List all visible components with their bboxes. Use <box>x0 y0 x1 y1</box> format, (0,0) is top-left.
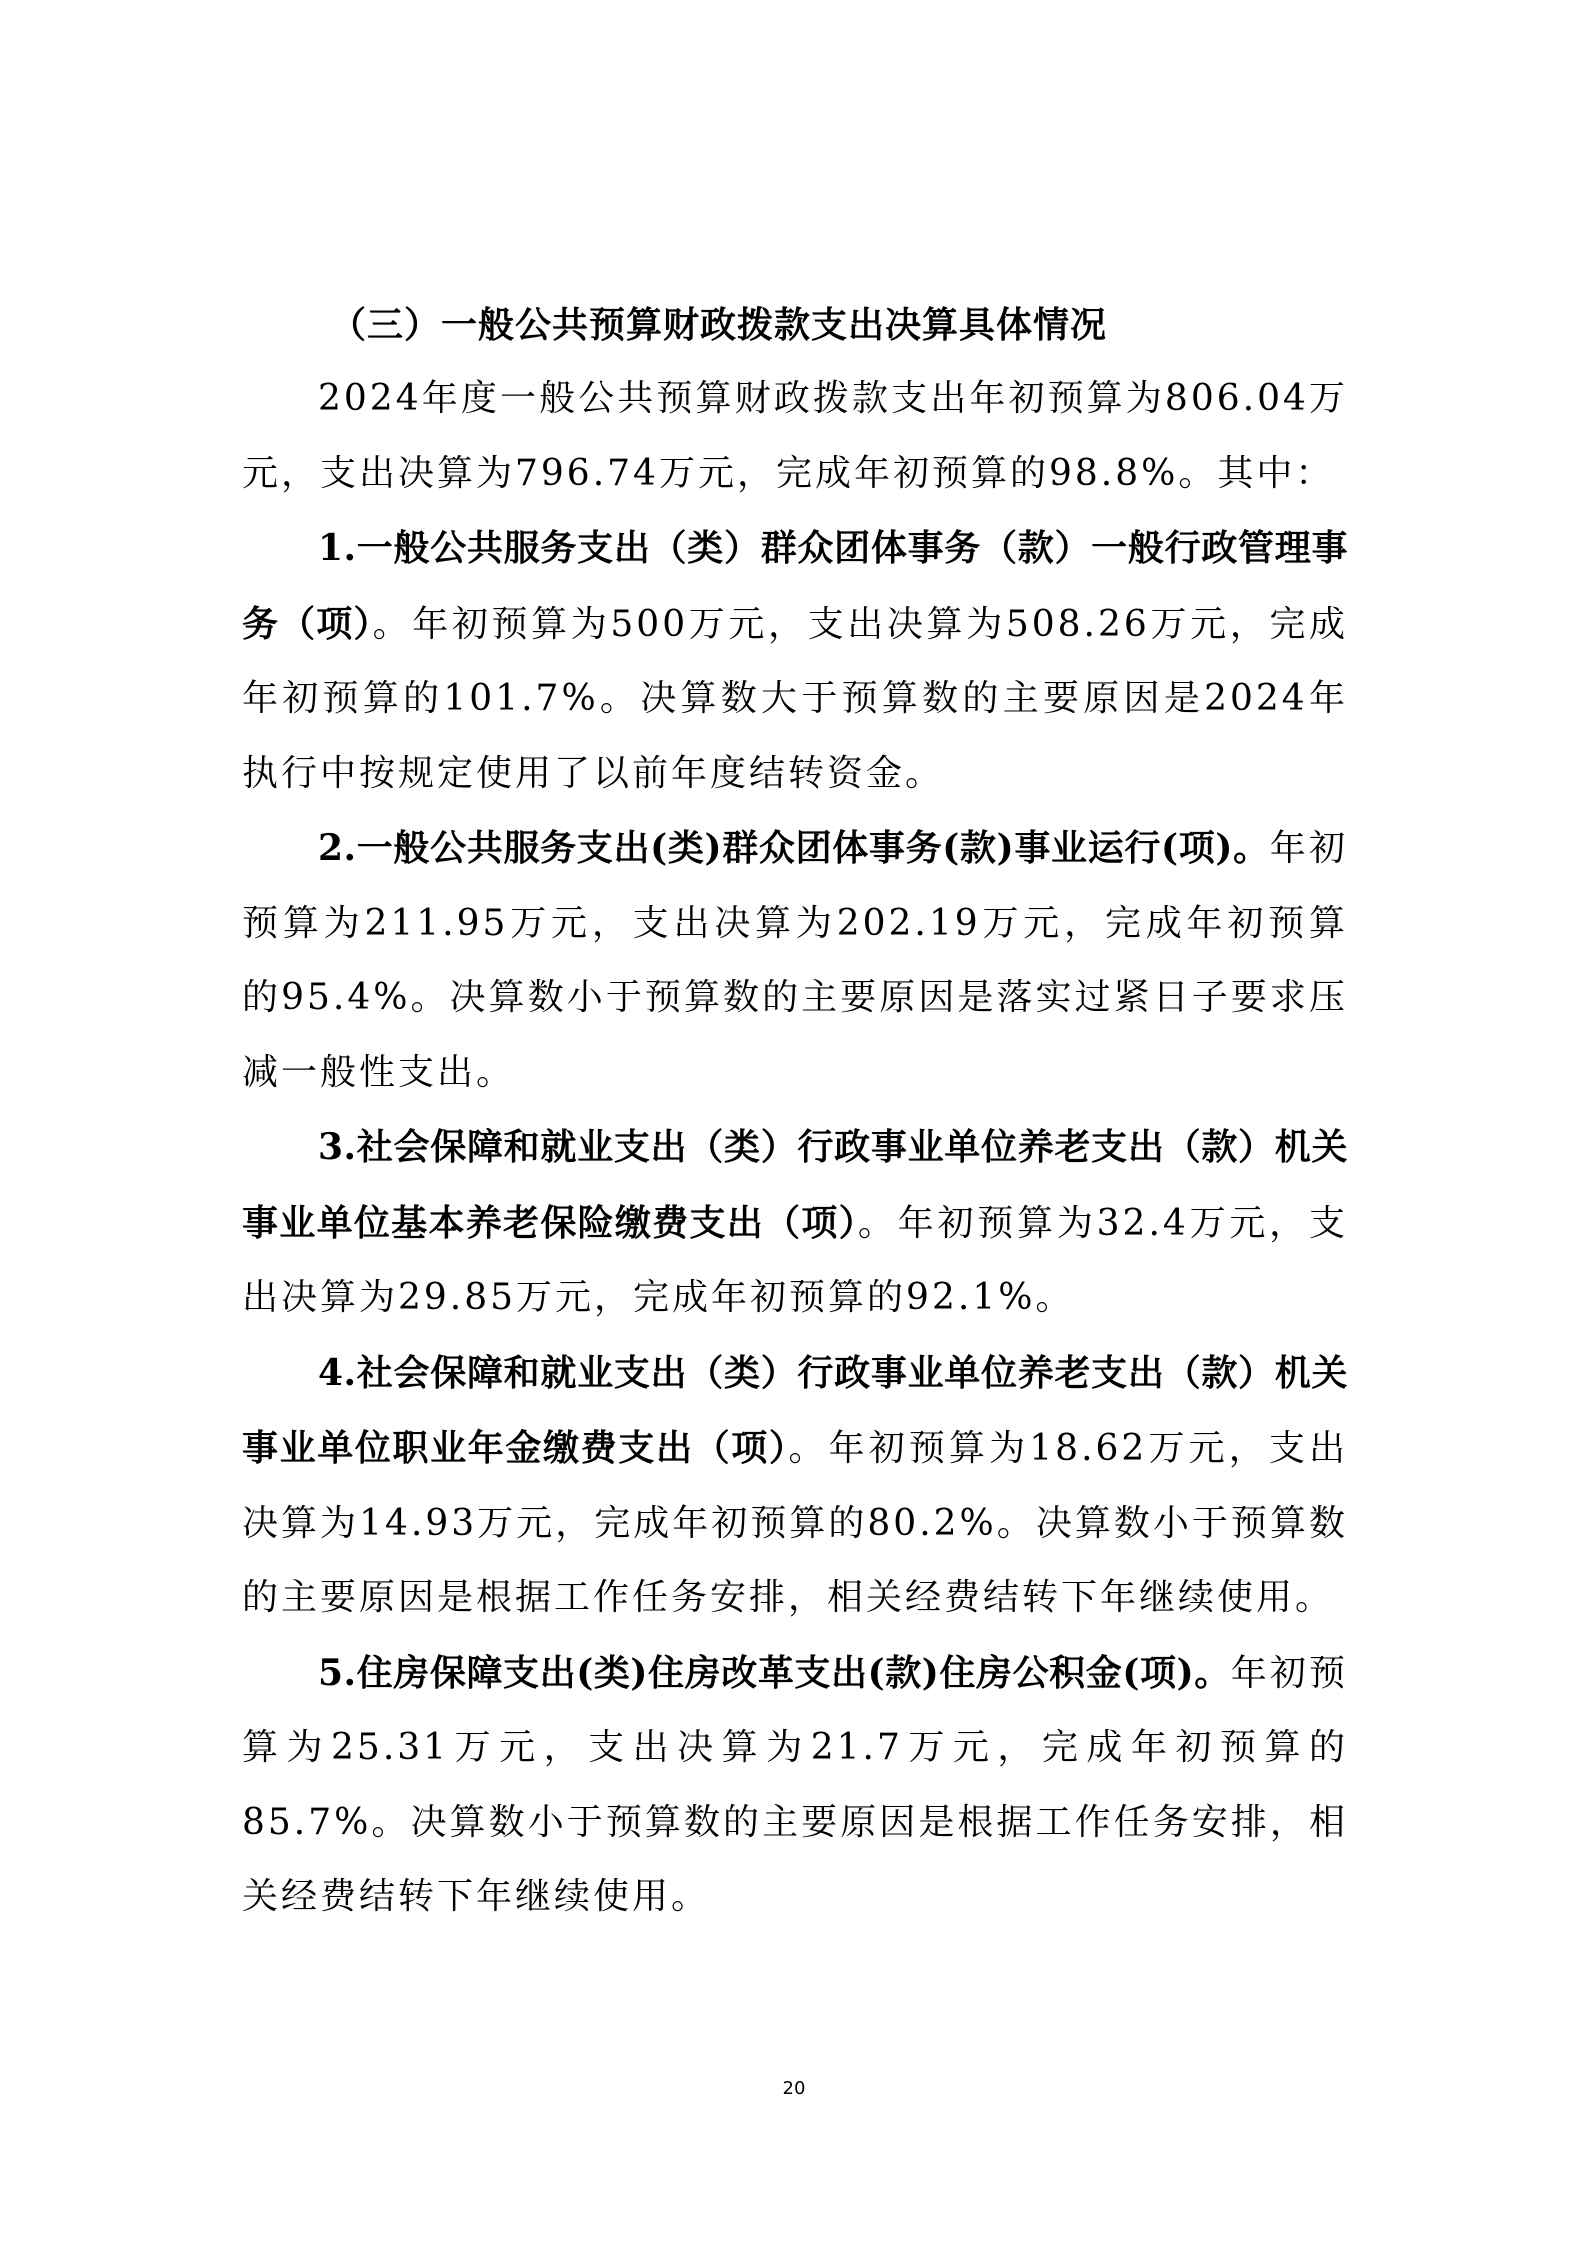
page-number: 20 <box>0 2078 1588 2099</box>
item-paragraph-1: 1.一般公共服务支出（类）群众团体事务（款）一般行政管理事务（项）。年初预算为5… <box>242 511 1348 811</box>
item-paragraph-4: 4.社会保障和就业支出（类）行政事业单位养老支出（款）机关事业单位职业年金缴费支… <box>242 1336 1348 1636</box>
item-paragraph-5: 5.住房保障支出(类)住房改革支出(款)住房公积金(项)。年初预算为25.31万… <box>242 1636 1348 1935</box>
item-title-2: 2.一般公共服务支出(类)群众团体事务(款)事业运行(项)。 <box>318 827 1270 869</box>
item-body-1: 。年初预算为500万元，支出决算为508.26万元，完成年初预算的101.7%。… <box>242 604 1348 794</box>
intro-paragraph: 2024年度一般公共预算财政拨款支出年初预算为806.04万元，支出决算为796… <box>242 362 1348 511</box>
item-paragraph-2: 2.一般公共服务支出(类)群众团体事务(款)事业运行(项)。年初预算为211.9… <box>242 811 1348 1110</box>
item-paragraph-3: 3.社会保障和就业支出（类）行政事业单位养老支出（款）机关事业单位基本养老保险缴… <box>242 1110 1348 1336</box>
item-title-5: 5.住房保障支出(类)住房改革支出(款)住房公积金(项)。 <box>318 1652 1231 1694</box>
page-content: （三）一般公共预算财政拨款支出决算具体情况 2024年度一般公共预算财政拨款支出… <box>242 288 1348 1935</box>
document-page: （三）一般公共预算财政拨款支出决算具体情况 2024年度一般公共预算财政拨款支出… <box>0 0 1588 2245</box>
section-heading: （三）一般公共预算财政拨款支出决算具体情况 <box>242 288 1348 362</box>
